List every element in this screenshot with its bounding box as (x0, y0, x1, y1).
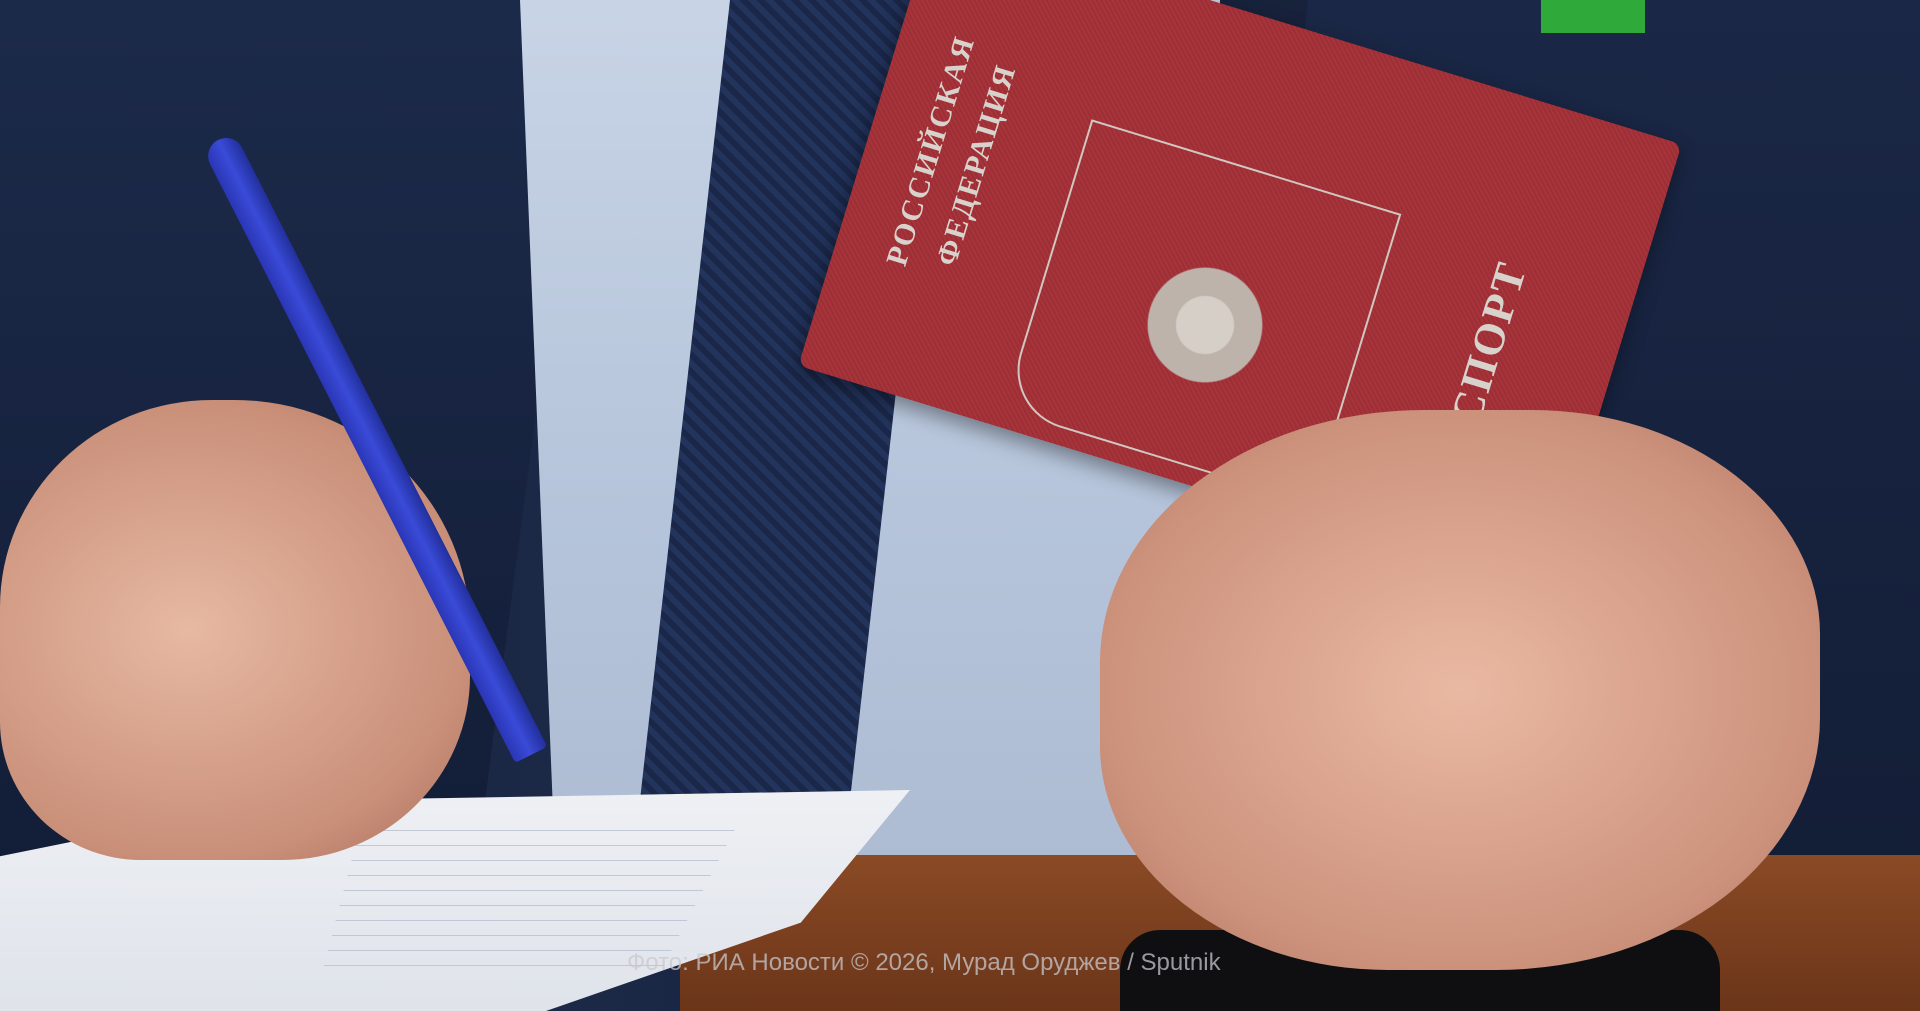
channel-logo (1541, 0, 1645, 33)
news-photo: РОССИЙСКАЯ ФЕДЕРАЦИЯ ПАСПОРТ (0, 0, 1920, 1011)
logo-text (1541, 0, 1645, 14)
right-hand (1100, 410, 1820, 970)
photo-credit: Фото: РИА Новости © 2026, Мурад Оруджев … (627, 949, 1221, 977)
